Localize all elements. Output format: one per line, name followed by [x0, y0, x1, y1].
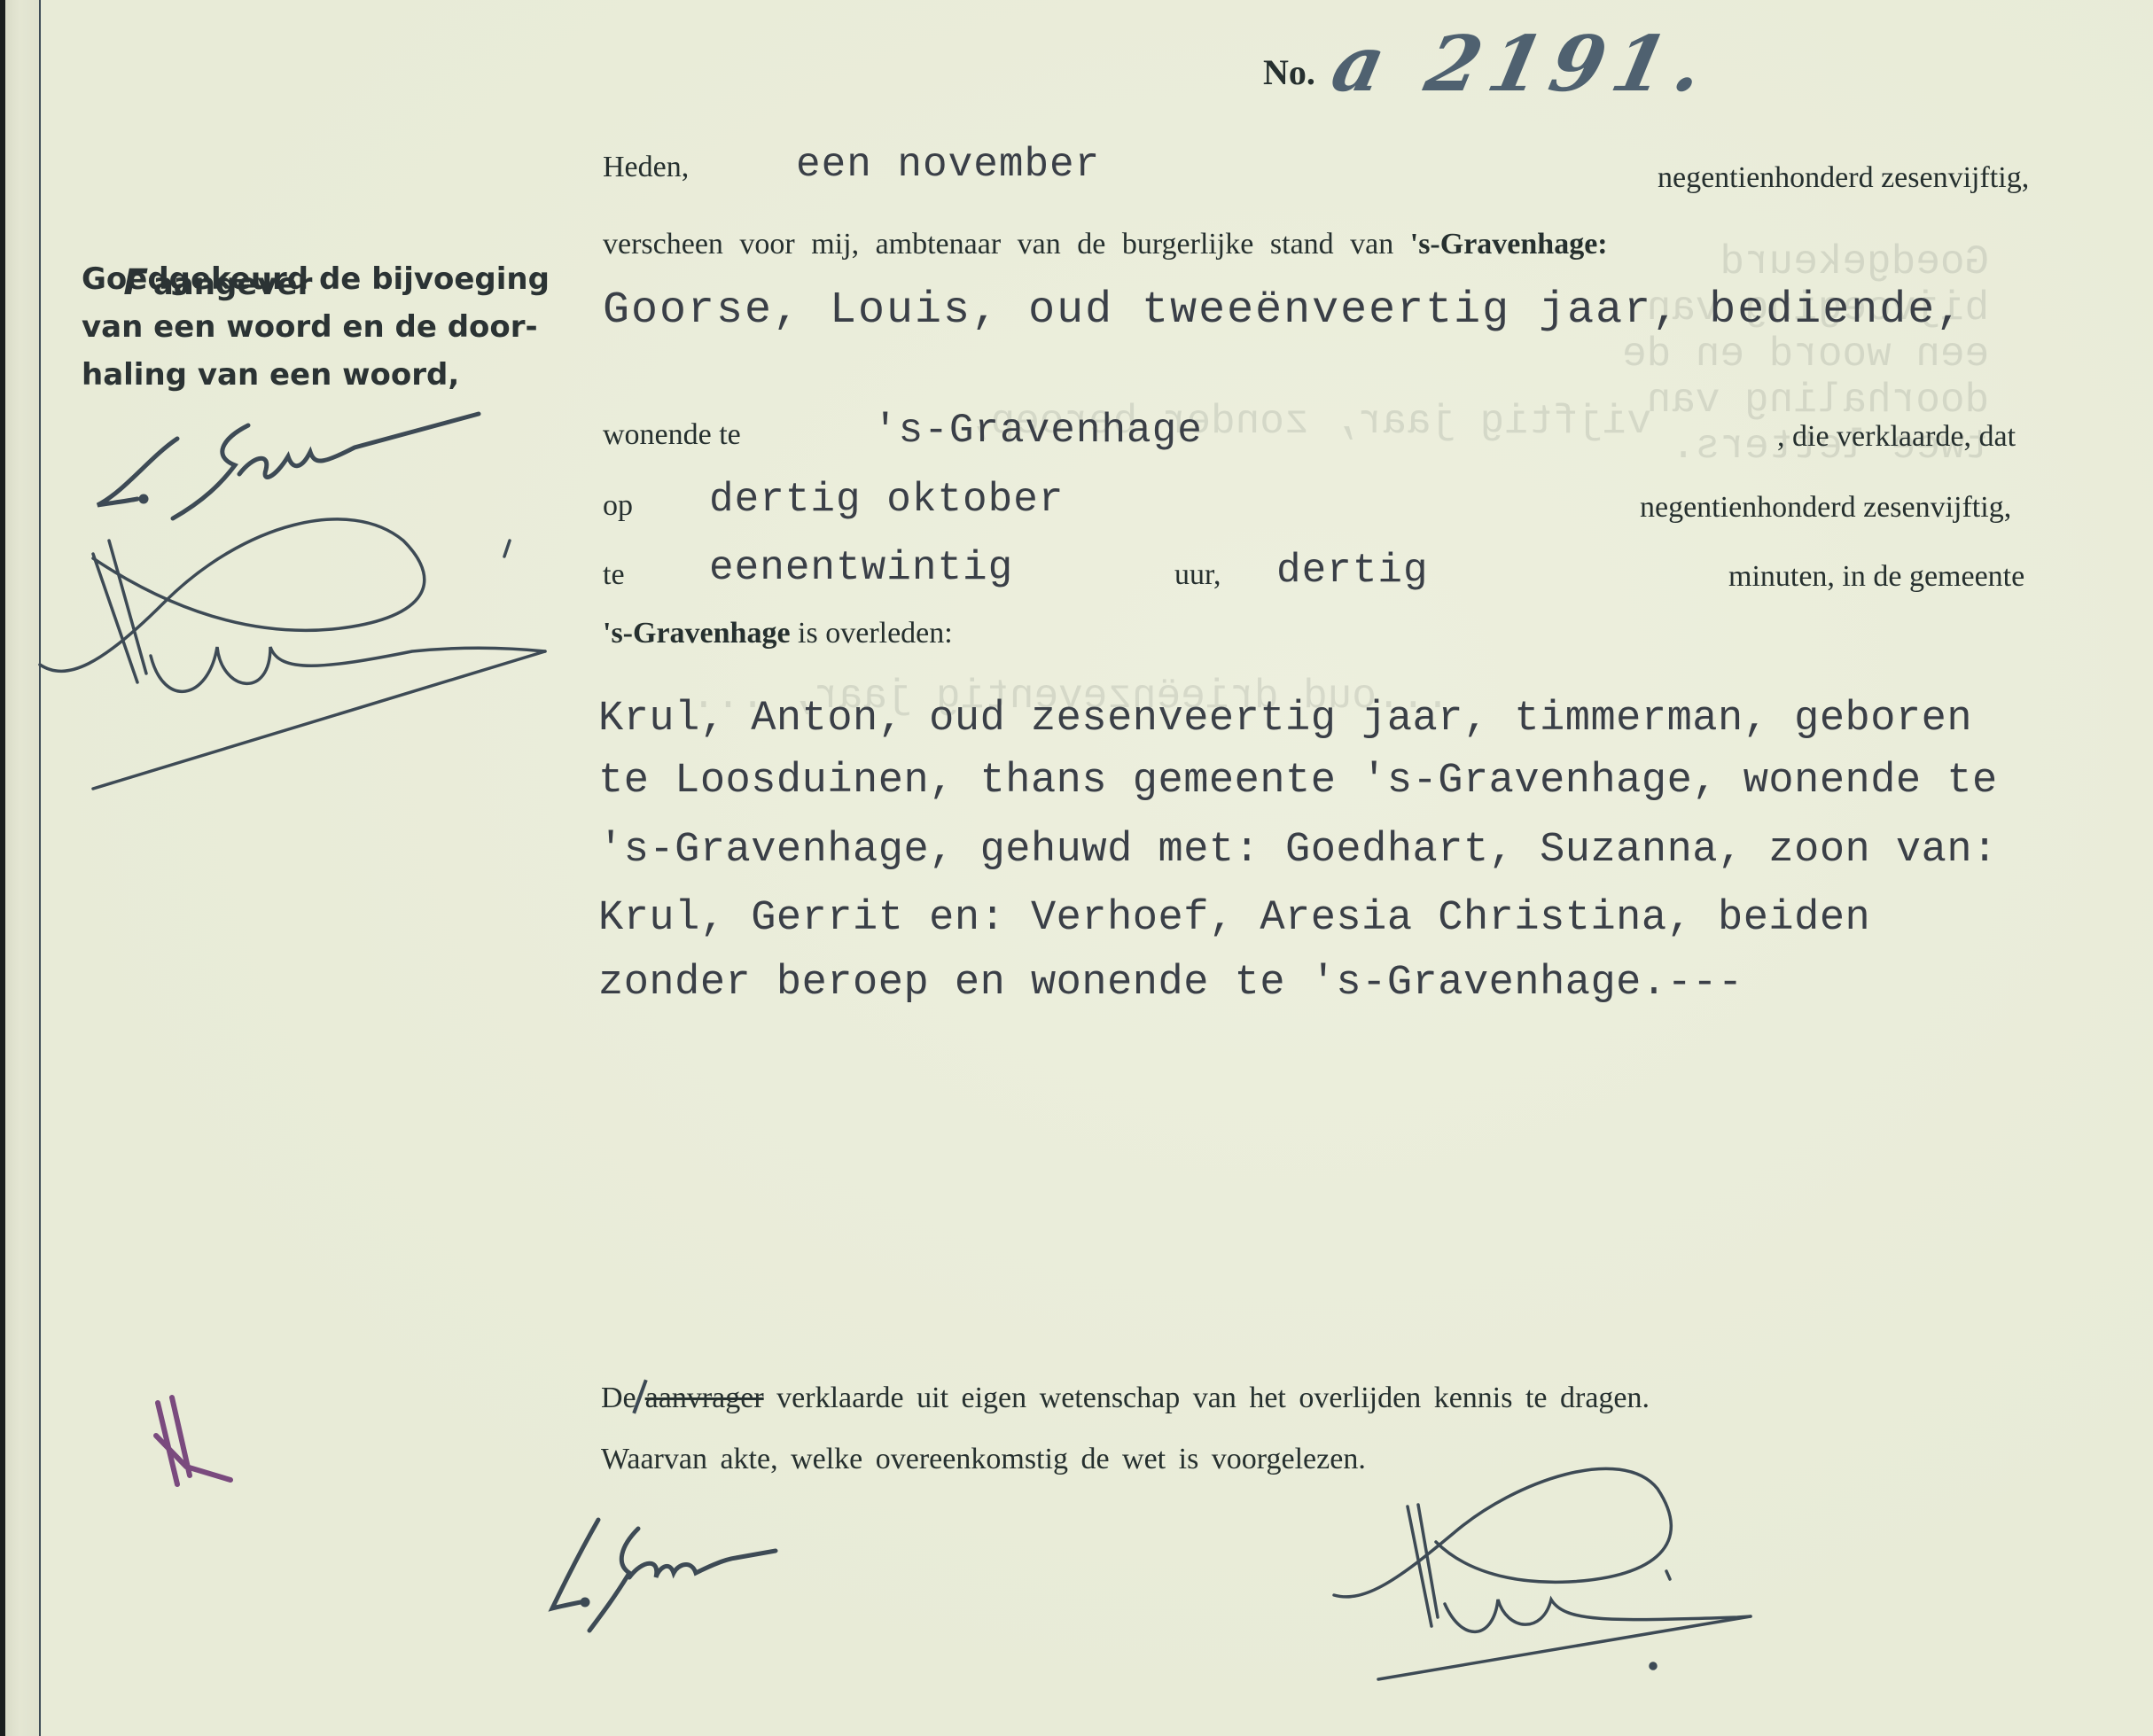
closing-waarvan-line: Waarvan akte, welke overeenkomstig de we… [601, 1443, 1366, 1476]
document-number-value: a 2191. [1324, 19, 1720, 109]
signature-declarant-goorse-icon [545, 1498, 988, 1631]
label-uur: uur, [1174, 558, 1221, 592]
document-page: Goedgekeurd bijvoeging van een woord en … [0, 0, 2153, 1736]
deceased-line-3: 's-Gravenhage, gehuwd met: Goedhart, Suz… [598, 827, 1998, 874]
label-te: te [603, 558, 625, 592]
typed-minutes: dertig [1276, 548, 1429, 594]
city-gravenhage: 's-Gravenhage: [1410, 228, 1608, 261]
closing-verklaarde-text: verklaarde uit eigen wetenschap van het … [776, 1382, 1650, 1414]
deceased-line-5: zonder beroep en wonende te 's-Gravenhag… [598, 960, 1743, 1007]
deceased-line-2: te Loosduinen, thans gemeente 's-Gravenh… [598, 758, 1998, 805]
violet-initial-mark-icon [151, 1396, 239, 1493]
closing-verklaarde-line: Deaanvrager verklaarde uit eigen wetensc… [601, 1379, 1650, 1415]
typed-date: een november [796, 142, 1100, 188]
typed-death-date: dertig oktober [709, 477, 1064, 523]
deceased-line-4: Krul, Gerrit en: Verhoef, Aresia Christi… [598, 895, 1870, 942]
printed-death-year: negentienhonderd zesenvijftig, [1640, 491, 2011, 525]
margin-note-line-2: Goedgekeurd de bijvoeging [82, 255, 550, 303]
margin-rule [39, 0, 41, 1736]
deceased-line-1: Krul, Anton, oud zesenveertig jaar, timm… [598, 696, 1972, 743]
label-op: op [603, 489, 633, 523]
typed-declarant: Goorse, Louis, oud tweeënveertig jaar, b… [603, 285, 1964, 336]
label-heden: Heden, [603, 151, 689, 184]
label-minuten: minuten, in de gemeente [1728, 560, 2024, 594]
label-wonende-te: wonende te [603, 418, 741, 452]
signature-official-krul-icon [1312, 1453, 1808, 1719]
typed-hour: eenentwintig [709, 545, 1013, 591]
city-gravenhage-2: 's-Gravenhage [603, 617, 791, 650]
label-die-verklaarde: , die verklaarde, dat [1777, 420, 2016, 454]
margin-note-line-4: haling van een woord, [82, 351, 459, 399]
label-verscheen: verscheen voor mij, ambtenaar van de bur… [603, 228, 1608, 261]
printed-year: negentienhonderd zesenvijftig, [1658, 161, 2029, 195]
overleden-text: is overleden: [798, 617, 953, 650]
struck-word-aanvrager: aanvrager [645, 1382, 764, 1414]
closing-de: De [601, 1382, 636, 1414]
typed-residence: 's-Gravenhage [873, 408, 1203, 454]
verscheen-text: verscheen voor mij, ambtenaar van de bur… [603, 228, 1393, 261]
margin-note-line-3: van een woord en de door- [82, 303, 538, 351]
label-overleden-line: 's-Gravenhage is overleden: [603, 617, 953, 650]
document-number-label: No. [1263, 51, 1315, 93]
margin-signature-krul-icon [31, 470, 563, 771]
binding-strip [5, 0, 41, 1736]
